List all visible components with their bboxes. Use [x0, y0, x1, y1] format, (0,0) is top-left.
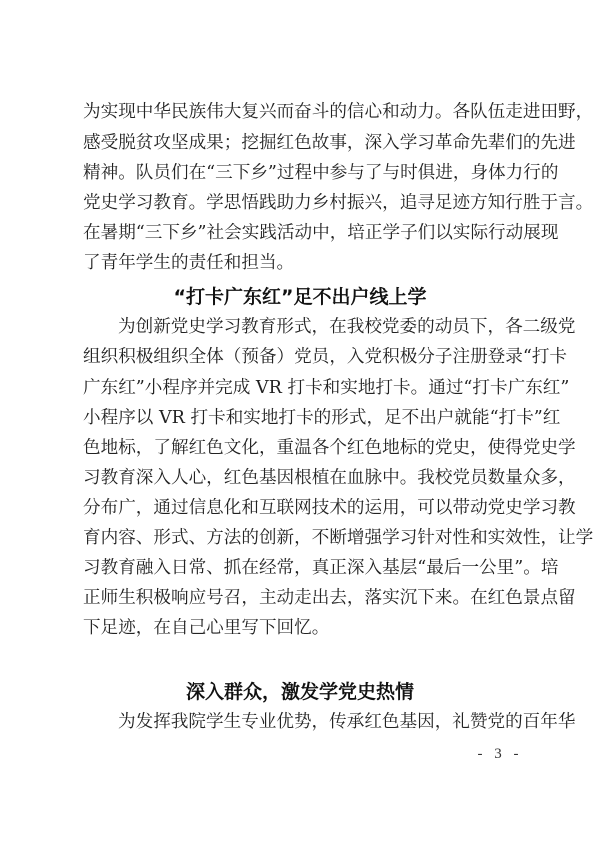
section-heading: 深入群众，激发学党史热情 — [0, 677, 600, 707]
paragraph-line: 正师生积极响应号召，主动走出去，落实沉下来。在红色景点留 — [83, 583, 513, 613]
section-heading: “打卡广东红”足不出户线上学 — [0, 282, 600, 312]
paragraph-line: 为发挥我院学生专业优势，传承红色基因，礼赞党的百年华 — [118, 707, 513, 737]
paragraph-line: 感受脱贫攻坚成果；挖掘红色故事，深入学习革命先辈们的先进 — [83, 128, 513, 158]
page-number: - 3 - — [470, 746, 530, 763]
paragraph-line: 下足迹，在自己心里写下回忆。 — [83, 613, 513, 643]
paragraph-line: 分布广，通过信息化和互联网技术的运用，可以带动党史学习教 — [83, 493, 513, 523]
paragraph-line: 小程序以 VR 打卡和实地打卡的形式，足不出户就能“打卡”红 — [83, 403, 513, 433]
document-page: 为实现中华民族伟大复兴而奋斗的信心和动力。各队伍走进田野， 感受脱贫攻坚成果；挖… — [0, 0, 600, 848]
paragraph-line: 为创新党史学习教育形式，在我校党委的动员下，各二级党 — [118, 312, 513, 342]
paragraph-line: 广东红”小程序并完成 VR 打卡和实地打卡。通过“打卡广东红” — [83, 373, 513, 403]
paragraph-line: 育内容、形式、方法的创新，不断增强学习针对性和实效性，让学 — [83, 523, 513, 553]
paragraph-line: 习教育融入日常、抓在经常，真正深入基层“最后一公里”。培 — [83, 553, 513, 583]
paragraph-line: 了青年学生的责任和担当。 — [83, 248, 513, 278]
paragraph-line: 为实现中华民族伟大复兴而奋斗的信心和动力。各队伍走进田野， — [83, 97, 513, 127]
paragraph-line: 党史学习教育。学思悟践助力乡村振兴，追寻足迹方知行胜于言。 — [83, 188, 513, 218]
paragraph-line: 组织积极组织全体（预备）党员，入党积极分子注册登录“打卡 — [83, 342, 513, 372]
paragraph-line: 在暑期“三下乡”社会实践活动中，培正学子们以实际行动展现 — [83, 218, 513, 248]
paragraph-line: 精神。队员们在“三下乡”过程中参与了与时俱进，身体力行的 — [83, 158, 513, 188]
paragraph-line: 色地标，了解红色文化，重温各个红色地标的党史，使得党史学 — [83, 433, 513, 463]
paragraph-line: 习教育深入人心，红色基因根植在血脉中。我校党员数量众多， — [83, 463, 513, 493]
